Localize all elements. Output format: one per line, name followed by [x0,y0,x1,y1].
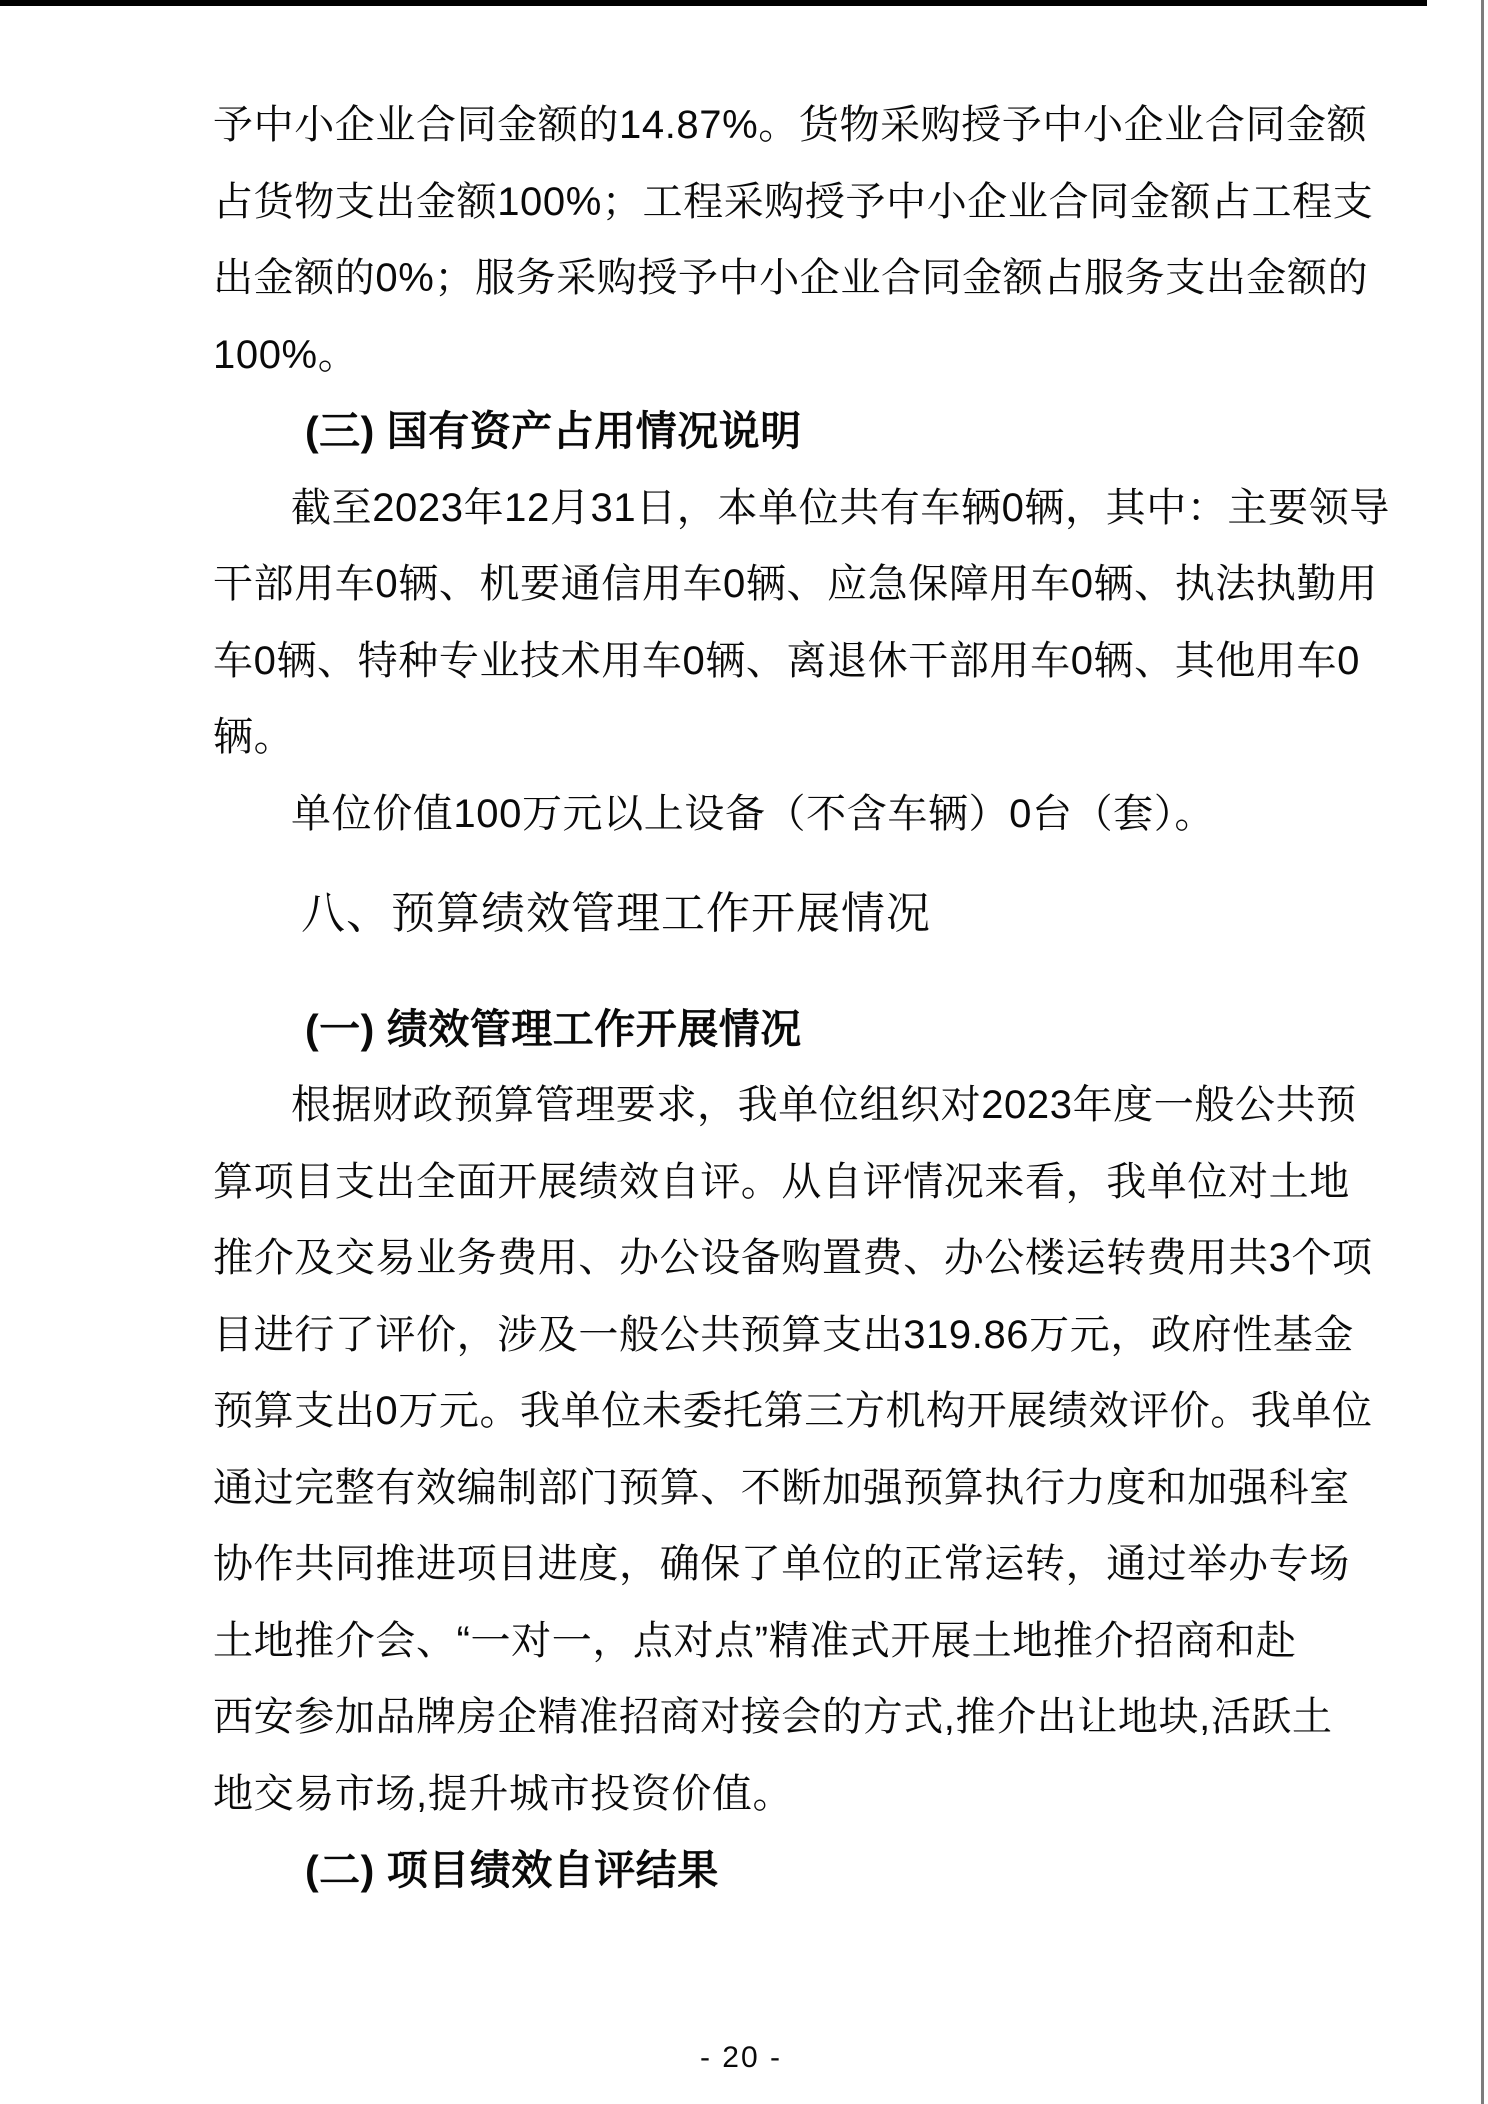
text-line: 干部用车0辆、机要通信用车0辆、应急保障用车0辆、执法执勤用 [213,546,1358,623]
document-content: 予中小企业合同金额的14.87%。货物采购授予中小企业合同金额占货物支出金额10… [213,87,1358,1909]
text-line: 车0辆、特种专业技术用车0辆、离退休干部用车0辆、其他用车0 [213,623,1358,700]
paragraph-equipment: 单位价值100万元以上设备（不含车辆）0台（套）。 [213,776,1358,853]
text-line: 预算支出0万元。我单位未委托第三方机构开展绩效评价。我单位 [213,1373,1358,1450]
text-line: 辆。 [213,699,1358,776]
text-line: 地交易市场,提升城市投资价值。 [213,1756,1358,1833]
page-number: - 20 - [0,2040,1482,2076]
heading-self-eval: (二) 项目绩效自评结果 [213,1832,1358,1909]
text-line: 土地推介会、“一对一，点对点”精准式开展土地推介招商和赴 [213,1603,1358,1680]
heading-section-eight: 八、预算绩效管理工作开展情况 [213,876,1358,953]
text-line: 占货物支出金额100%；工程采购授予中小企业合同金额占工程支 [213,164,1358,241]
text-line: 协作共同推进项目进度，确保了单位的正常运转，通过举办专场 [213,1526,1358,1603]
text-line: 100%。 [213,317,1358,394]
document-page: 予中小企业合同金额的14.87%。货物采购授予中小企业合同金额占货物支出金额10… [0,0,1488,2104]
heading-state-assets: (三) 国有资产占用情况说明 [213,393,1358,470]
text-line: 单位价值100万元以上设备（不含车辆）0台（套）。 [213,776,1358,853]
text-line: 根据财政预算管理要求，我单位组织对2023年度一般公共预 [213,1067,1358,1144]
paragraph-vehicles: 截至2023年12月31日，本单位共有车辆0辆，其中：主要领导干部用车0辆、机要… [213,470,1358,776]
text-line: 出金额的0%；服务采购授予中小企业合同金额占服务支出金额的 [213,240,1358,317]
paragraph-smb-contracts: 予中小企业合同金额的14.87%。货物采购授予中小企业合同金额占货物支出金额10… [213,87,1358,393]
text-line: 予中小企业合同金额的14.87%。货物采购授予中小企业合同金额 [213,87,1358,164]
text-line: 推介及交易业务费用、办公设备购置费、办公楼运转费用共3个项 [213,1220,1358,1297]
scan-right-edge-line [1481,0,1484,2104]
text-line: 西安参加品牌房企精准招商对接会的方式,推介出让地块,活跃土 [213,1679,1358,1756]
text-line: 算项目支出全面开展绩效自评。从自评情况来看，我单位对土地 [213,1144,1358,1221]
scan-top-edge [0,0,1427,6]
heading-performance-mgmt: (一) 绩效管理工作开展情况 [213,991,1358,1068]
paragraph-performance: 根据财政预算管理要求，我单位组织对2023年度一般公共预算项目支出全面开展绩效自… [213,1067,1358,1832]
text-line: 通过完整有效编制部门预算、不断加强预算执行力度和加强科室 [213,1450,1358,1527]
text-line: 目进行了评价，涉及一般公共预算支出319.86万元，政府性基金 [213,1297,1358,1374]
text-line: 截至2023年12月31日，本单位共有车辆0辆，其中：主要领导 [213,470,1358,547]
